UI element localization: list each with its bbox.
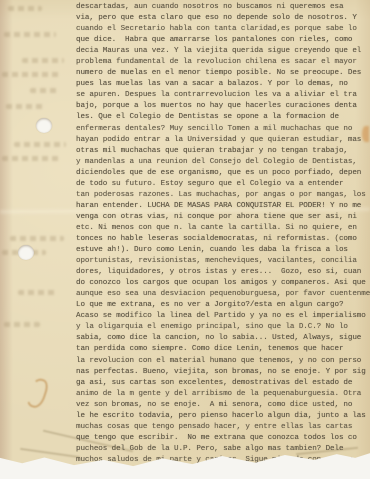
text-block: descartadas, aun cuando nosotros no busc… bbox=[0, 0, 368, 466]
text-line: aunque eso sea una desviacion pequenobur… bbox=[76, 289, 368, 300]
text-line: otras mil muchachas que quieran trabajar… bbox=[76, 146, 368, 157]
text-line: tan perdida como siempre. Como dice Leni… bbox=[76, 344, 368, 355]
text-line: la revolucion con el material humano que… bbox=[76, 356, 368, 367]
text-line: animo de la m gente y del arribismo de l… bbox=[76, 389, 368, 400]
text-line: Lo que me extrana, es no ver a Jorgito?/… bbox=[76, 300, 368, 311]
text-line: les. Que el Colegio de Dentistas se opon… bbox=[76, 112, 368, 123]
text-line: enfermeras dentales? Muy sencillo Tomen … bbox=[76, 124, 368, 135]
text-line: numero de muelas en el menor tiempo posi… bbox=[76, 68, 368, 79]
text-line: bajo, porque a los muertos no hay que ha… bbox=[76, 101, 368, 112]
text-line: pues las muelas las van a sacar a balazo… bbox=[76, 79, 368, 90]
text-line: y la oligarquia el enemigo principal, si… bbox=[76, 322, 368, 333]
text-line: que dice. Habra que amarrarse los pantal… bbox=[76, 35, 368, 46]
text-line: do conozco los cargos que ocupan los ami… bbox=[76, 278, 368, 289]
text-line: tan poderosas razones. Las muchachas, po… bbox=[76, 190, 368, 201]
text-line: sabia, como dice la cancion, no lo sabia… bbox=[76, 333, 368, 344]
text-line: oportunistas, revisionistas, menchevique… bbox=[76, 256, 368, 267]
text-line: cuando el Secretario habla con tanta cla… bbox=[76, 24, 368, 35]
text-line: se apuren. Despues la contrarrevolucion … bbox=[76, 90, 368, 101]
text-line: etc. Ni menos con que n. la cante la car… bbox=[76, 223, 368, 234]
text-line: le he escrito todavia, pero pienso hacer… bbox=[76, 411, 368, 422]
text-line: nas perfectas. Bueno, viejita, son broma… bbox=[76, 367, 368, 378]
text-line: muchas cosas que tengo pensado hacer, y … bbox=[76, 422, 368, 433]
text-line: diciendoles que de ese organismo, que es… bbox=[76, 168, 368, 179]
text-line: hayan podido entrar a la Universidad y q… bbox=[76, 135, 368, 146]
text-line: venga con otras vias, ni conque por ahor… bbox=[76, 212, 368, 223]
text-line: Acaso se modifico la linea del Partido y… bbox=[76, 311, 368, 322]
text-line: de todo su futuro. Estoy seguro que el C… bbox=[76, 179, 368, 190]
text-line: que tengo que escribir. No me extrana qu… bbox=[76, 433, 368, 444]
text-line: descartadas, aun cuando nosotros no busc… bbox=[76, 2, 368, 13]
text-line: vez son bromas, no se enoje. A mi senora… bbox=[76, 400, 368, 411]
text-line: haran entender. LUCHA DE MASAS PARA CONQ… bbox=[76, 201, 368, 212]
text-line: pucheos del Gob de la U.P. Pero, sabe al… bbox=[76, 444, 368, 455]
text-line: decia Mauras una vez. Y la viejita queri… bbox=[76, 46, 368, 57]
paper: descartadas, aun cuando nosotros no busc… bbox=[0, 0, 370, 479]
text-line: tonces no hable leseras socialdemocratas… bbox=[76, 234, 368, 245]
text-line: ga asi, sus cartas son excelentes, demos… bbox=[76, 378, 368, 389]
text-line: y mandenlas a una reunion del Consejo de… bbox=[76, 157, 368, 168]
text-line: muchos saludos de mi parte y carinos. Si… bbox=[76, 455, 368, 466]
text-line: dores, liquidadores, y otros istas y ere… bbox=[76, 267, 368, 278]
text-line: problema fundamental de la revolucion ch… bbox=[76, 57, 368, 68]
text-line: estuve ah!). Duro como Lenin, cuando les… bbox=[76, 245, 368, 256]
text-line: via, pero que esta claro que eso no depe… bbox=[76, 13, 368, 24]
scanned-letter: descartadas, aun cuando nosotros no busc… bbox=[0, 0, 370, 479]
